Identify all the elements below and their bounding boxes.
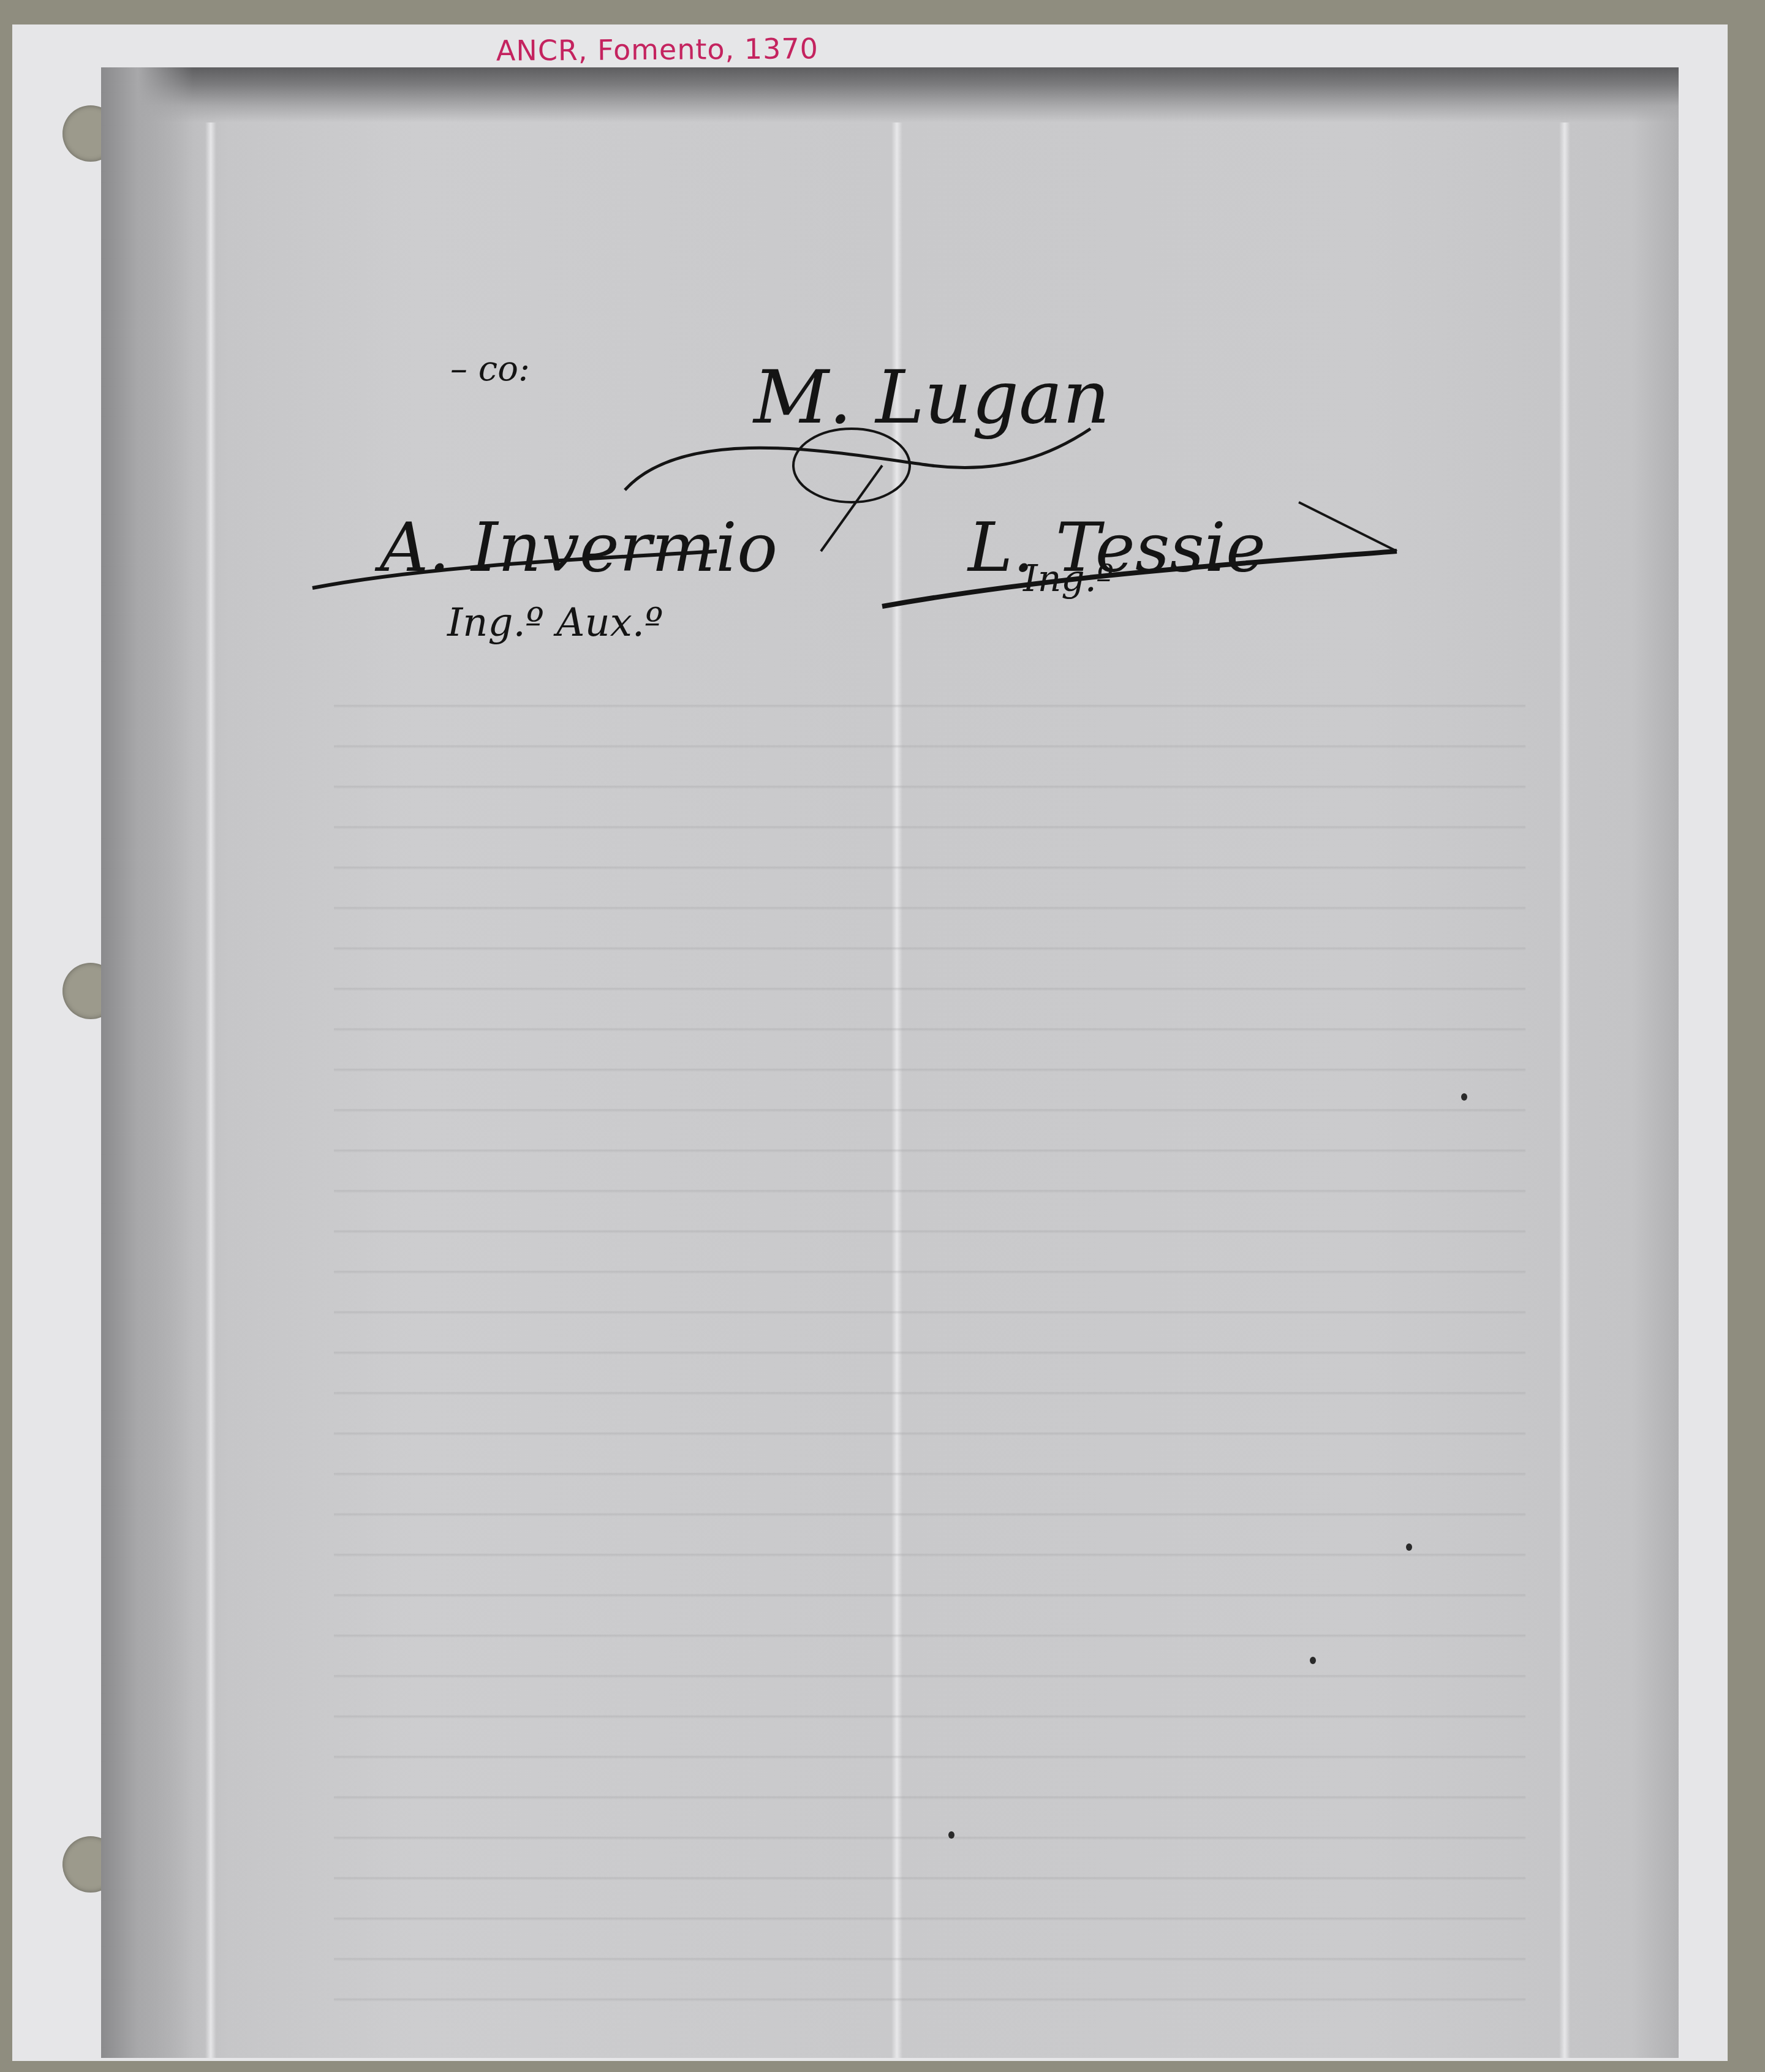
signature-tessie-title: Ing.º (1023, 557, 1114, 600)
annotation-co: – co: (450, 349, 530, 389)
signature-invermio: A. Invermio (380, 508, 777, 587)
faded-body-text (334, 668, 1525, 2009)
ink-speck (1310, 1657, 1316, 1664)
ink-speck (1406, 1543, 1412, 1551)
ink-speck (1461, 1093, 1467, 1101)
signature-tessie: L. Tessie (968, 508, 1266, 587)
signature-invermio-title: Ing.º Aux.º (447, 600, 663, 646)
binder-sheet: ANCR, Fomento, 1370 – co: M. Lugan A. In… (12, 24, 1728, 2061)
ink-speck (948, 1831, 954, 1839)
signature-lugan: M. Lugan (754, 355, 1110, 440)
